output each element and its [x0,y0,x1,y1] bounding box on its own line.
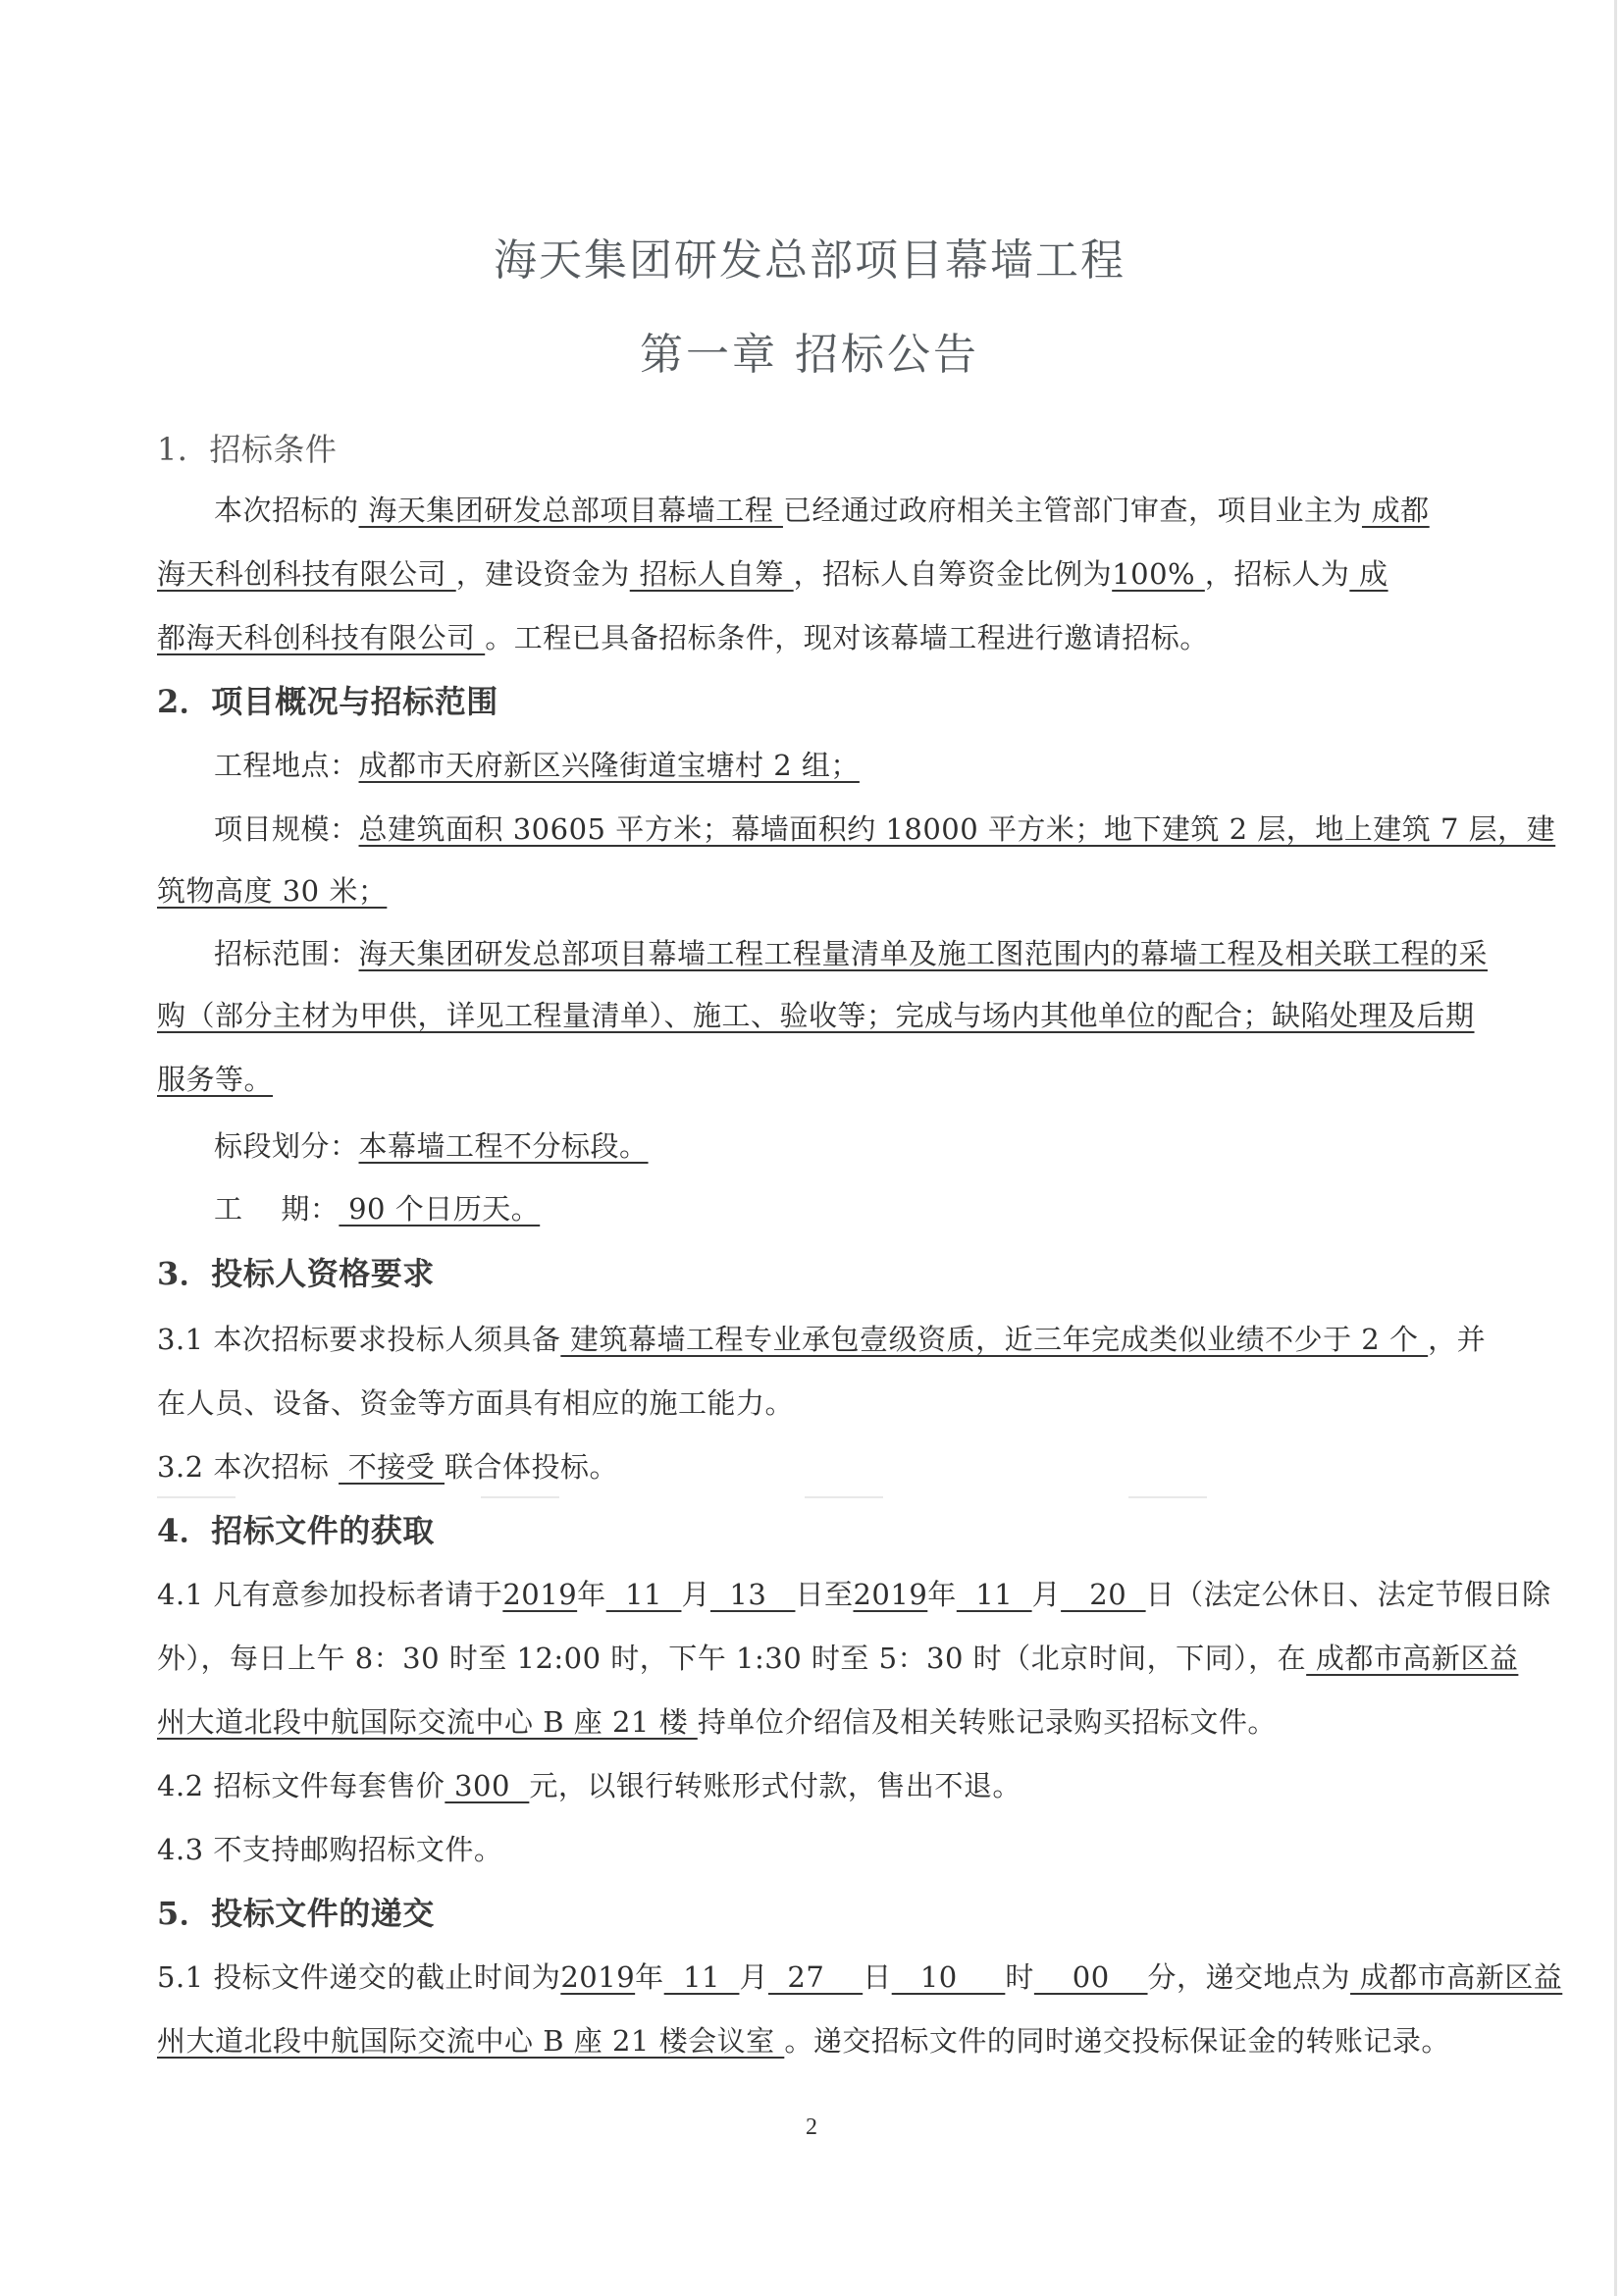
text: 日（法定公休日、法定节假日除 [1146,1578,1551,1611]
tender-scope-end: 服务等。 [157,1063,273,1096]
scan-edge-line [1614,0,1617,2296]
obtain-docs-line-1: 4.1 凡有意参加投标者请于2019年 11 月 13 日至2019年 11 月… [157,1575,1462,1614]
fund-source: 招标人自筹 [630,557,794,591]
text: 分，递交地点为 [1148,1960,1351,1994]
construction-period-line: 工 期： 90 个日历天。 [157,1189,1519,1228]
text: 3.1 本次招标要求投标人须具备 [157,1323,560,1356]
end-year: 2019 [853,1578,927,1611]
text: ，建设资金为 [456,557,630,591]
section-heading-4: 4．招标文件的获取 [157,1511,1462,1550]
start-year: 2019 [502,1578,577,1611]
project-scale-line-cont: 筑物高度 30 米； [157,871,1462,911]
end-day: 20 [1061,1578,1146,1611]
qualification-req-1: 3.1 本次招标要求投标人须具备 建筑幕墙工程专业承包壹级资质，近三年完成类似业… [157,1320,1462,1359]
text: 日 [863,1960,892,1994]
deadline-hour: 10 [892,1960,1006,1994]
deadline-year: 2019 [560,1960,635,1994]
project-name: 海天集团研发总部项目幕墙工程 [359,494,783,527]
construction-period: 90 个日历天。 [339,1192,540,1226]
text: 4.2 招标文件每套售价 [157,1769,445,1802]
text: ，并 [1428,1323,1486,1356]
deadline-month: 11 [664,1960,740,1994]
text: 持单位介绍信及相关转账记录购买招标文件。 [698,1705,1277,1739]
text: 本次招标的 [214,494,359,527]
qualification-req-1-cont: 在人员、设备、资金等方面具有相应的施工能力。 [157,1383,1462,1423]
fund-ratio: 100% [1112,557,1205,591]
obtain-docs-line-3: 州大道北段中航国际交流中心 B 座 21 楼 持单位介绍信及相关转账记录购买招标… [157,1702,1462,1742]
submission-line-1: 5.1 投标文件递交的截止时间为2019年 11 月 27 日 10 时 00 … [157,1957,1462,1997]
label: 工程地点： [214,749,359,782]
paragraph-s1-line2: 海天科创科技有限公司 ，建设资金为 招标人自筹 ，招标人自筹资金比例为100% … [157,554,1462,594]
text: ，招标人自筹资金比例为 [794,557,1113,591]
text: 月 [739,1960,768,1994]
text: 已经通过政府相关主管部门审查，项目业主为 [783,494,1362,527]
text: 4.1 凡有意参加投标者请于 [157,1578,502,1611]
no-mail-order-line: 4.3 不支持邮购招标文件。 [157,1830,1462,1869]
document-title: 海天集团研发总部项目幕墙工程 [157,225,1462,287]
lot-division: 本幕墙工程不分标段。 [359,1129,649,1163]
label: 工 期： [214,1192,339,1226]
start-month: 11 [606,1578,682,1611]
page-number: 2 [0,2114,1623,2141]
label: 项目规模： [214,812,359,846]
text: ，招标人为 [1205,557,1350,591]
text: 元，以银行转账形式付款，售出不退。 [529,1769,1021,1802]
deadline-day: 27 [768,1960,863,1994]
section-heading-2: 2．项目概况与招标范围 [157,682,1462,721]
tenderer-name: 成 [1349,557,1387,591]
text: 日至 [795,1578,853,1611]
chapter-title: 第一章 招标公告 [157,319,1462,382]
text: 外），每日上午 8：30 时至 12:00 时，下午 1:30 时至 5：30 … [157,1642,1306,1675]
lot-division-line: 标段划分：本幕墙工程不分标段。 [157,1126,1519,1166]
tender-scope: 海天集团研发总部项目幕墙工程工程量清单及施工图范围内的幕墙工程及相关联工程的采 [359,937,1489,970]
text: 时 [1005,1960,1034,1994]
label: 招标范围： [214,937,359,970]
qualification-req-2: 3.2 本次招标 不接受 联合体投标。 [157,1447,1462,1487]
submission-line-2: 州大道北段中航国际交流中心 B 座 21 楼会议室 。递交招标文件的同时递交投标… [157,2021,1462,2061]
text: 。递交招标文件的同时递交投标保证金的转账记录。 [784,2024,1450,2058]
start-day: 13 [710,1578,796,1611]
text: 联合体投标。 [445,1450,618,1484]
project-location-line: 工程地点：成都市天府新区兴隆街道宝塘村 2 组； [157,746,1519,785]
obtain-docs-line-2: 外），每日上午 8：30 时至 12:00 时，下午 1:30 时至 5：30 … [157,1639,1462,1678]
tender-scope-line-3: 服务等。 [157,1060,1462,1099]
project-scale: 总建筑面积 30605 平方米；幕墙面积约 18000 平方米；地下建筑 2 层… [359,812,1556,846]
scan-artifact-line [157,1496,1236,1498]
doc-price-line: 4.2 招标文件每套售价 300 元，以银行转账形式付款，售出不退。 [157,1766,1462,1805]
submission-place: 成都市高新区益 [1350,1960,1562,1994]
text: 。工程已具备招标条件，现对该幕墙工程进行邀请招标。 [485,621,1209,654]
text: 月 [1032,1578,1062,1611]
text: 年 [635,1960,664,1994]
tender-scope-line: 招标范围：海天集团研发总部项目幕墙工程工程量清单及施工图范围内的幕墙工程及相关联… [157,934,1519,973]
text: 年 [927,1578,957,1611]
text: 年 [577,1578,606,1611]
paragraph-s1-line1: 本次招标的 海天集团研发总部项目幕墙工程 已经通过政府相关主管部门审查，项目业主… [157,491,1519,530]
section-heading-3: 3．投标人资格要求 [157,1254,1462,1293]
tenderer-name-cont: 都海天科创科技有限公司 [157,621,485,654]
deadline-minute: 00 [1034,1960,1148,1994]
project-scale-cont: 筑物高度 30 米； [157,874,387,908]
section-heading-5: 5．投标文件的递交 [157,1894,1462,1933]
project-scale-line: 项目规模：总建筑面积 30605 平方米；幕墙面积约 18000 平方米；地下建… [157,809,1519,849]
owner-name: 成都 [1362,494,1430,527]
qualification-value: 建筑幕墙工程专业承包壹级资质，近三年完成类似业绩不少于 2 个 [560,1323,1428,1356]
project-location: 成都市天府新区兴隆街道宝塘村 2 组； [359,749,860,782]
label: 标段划分： [214,1129,359,1163]
text: 3.2 本次招标 [157,1450,339,1484]
doc-price: 300 [445,1769,529,1802]
submission-place-cont: 州大道北段中航国际交流中心 B 座 21 楼会议室 [157,2024,784,2058]
tender-scope-line-2: 购（部分主材为甲供，详见工程量清单）、施工、验收等；完成与场内其他单位的配合；缺… [157,996,1462,1035]
obtain-address-cont: 州大道北段中航国际交流中心 B 座 21 楼 [157,1705,698,1739]
end-month: 11 [957,1578,1032,1611]
tender-scope-cont: 购（部分主材为甲供，详见工程量清单）、施工、验收等；完成与场内其他单位的配合；缺… [157,999,1475,1032]
paragraph-s1-line3: 都海天科创科技有限公司 。工程已具备招标条件，现对该幕墙工程进行邀请招标。 [157,618,1462,657]
section-heading-1: 1．招标条件 [157,430,1462,469]
obtain-address: 成都市高新区益 [1306,1642,1518,1675]
text: 月 [681,1578,710,1611]
text: 5.1 投标文件递交的截止时间为 [157,1960,560,1994]
owner-name-cont: 海天科创科技有限公司 [157,557,456,591]
consortium-value: 不接受 [339,1450,445,1484]
